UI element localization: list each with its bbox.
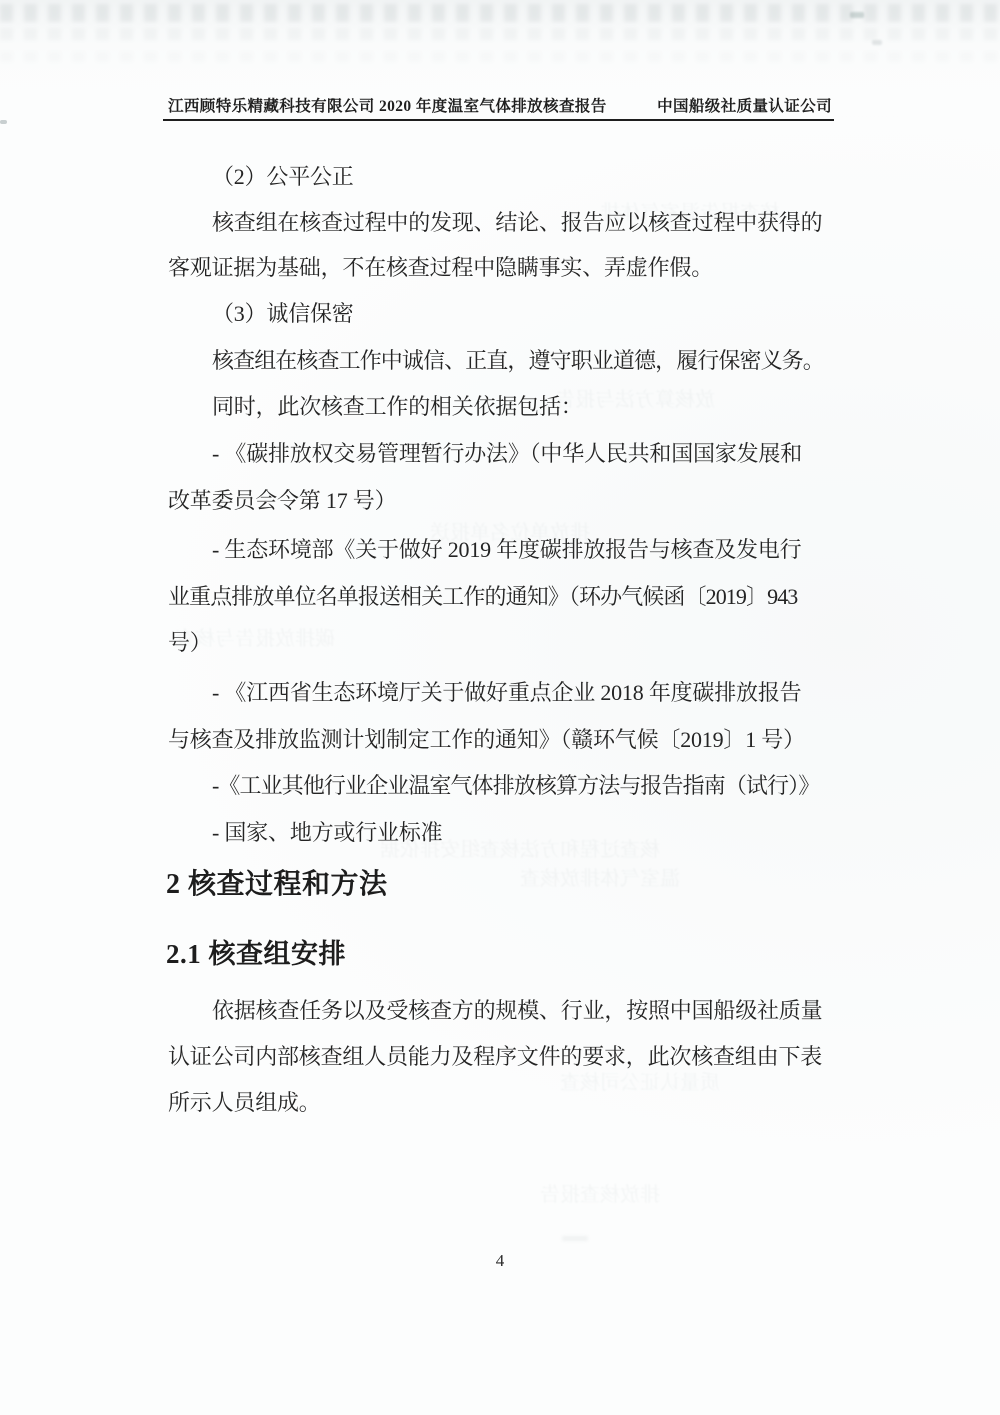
body-line: 依据核查任务以及受核查方的规模、行业，按照中国船级社质量 [168,998,880,1024]
header-report-title: 江西顾特乐精藏科技有限公司 2020 年度温室气体排放核查报告 [168,94,607,116]
body-line: 认证公司内部核查组人员能力及程序文件的要求，此次核查组由下表 [168,1044,836,1070]
scan-speck [562,1236,588,1241]
subsection-heading: 2.1 核查组安排 [166,932,346,971]
body-line: - 《碳排放权交易管理暂行办法》（中华人民共和国国家发展和 [168,441,880,467]
header-company-name: 中国船级社质量认证公司 [657,94,832,116]
scan-speck [0,120,7,124]
body-line: 业重点排放单位名单报送相关工作的通知》（环办气候函〔2019〕943 [168,584,836,610]
body-line: -《工业其他行业企业温室气体排放核算方法与报告指南（试行）》 [168,773,880,799]
scan-noise-band [0,28,1000,40]
body-line: 号） [168,630,836,656]
body-line: - 国家、地方或行业标准 [168,820,880,846]
body-line: 客观证据为基础，不在核查过程中隐瞒事实、弄虚作假。 [168,255,836,281]
bleed-through-artifact: 排放核查报告 [540,1178,660,1207]
body-line: 同时，此次核查工作的相关依据包括： [168,394,880,420]
scan-speck [872,40,882,45]
header-divider [163,119,834,121]
page-number: 4 [0,1251,1000,1271]
body-line: 与核查及排放监测计划制定工作的通知》（赣环气候〔2019〕1 号） [168,727,836,753]
body-line: 核查组在核查过程中的发现、结论、报告应以核查过程中获得的 [168,210,880,236]
scan-speck [850,12,864,18]
bleed-through-artifact: 温室气体排放核查 [520,862,680,891]
scan-noise-band [0,52,1000,62]
body-line: 核查组在核查工作中诚信、正直，遵守职业道德，履行保密义务。 [168,348,880,374]
page-header: 江西顾特乐精藏科技有限公司 2020 年度温室气体排放核查报告 中国船级社质量认… [168,94,832,116]
body-line: - 生态环境部《关于做好 2019 年度碳排放报告与核查及发电行 [168,537,880,563]
body-line: （3）诚信保密 [168,301,880,327]
scanned-document-page: 核查报告温室气体排 放核算方法与报告 排放单位名单报送 碳排放报告与核查 核查过… [0,0,1000,1415]
scan-noise-band [0,4,1000,22]
body-line: 改革委员会令第 17 号） [168,488,836,514]
section-heading: 2 核查过程和方法 [166,862,388,902]
body-line: （2）公平公正 [168,164,880,190]
body-line: - 《江西省生态环境厅关于做好重点企业 2018 年度碳排放报告 [168,680,880,706]
body-line: 所示人员组成。 [168,1090,836,1116]
